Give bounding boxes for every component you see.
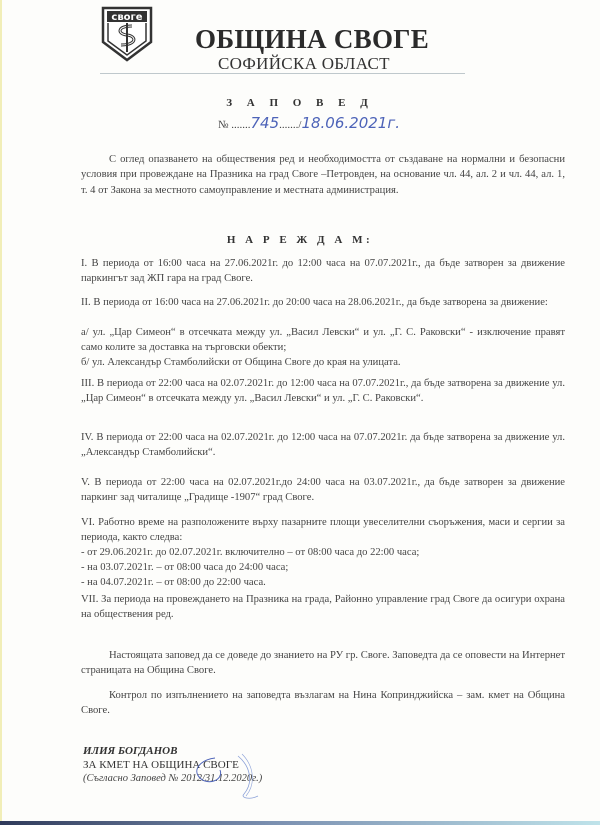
item-3: III. В периода от 22:00 часа на 02.07.20…: [81, 376, 565, 407]
item-7: VII. За периода на провеждането на Празн…: [81, 592, 565, 623]
scan-bottom-edge: [0, 821, 600, 825]
item-6-line-2: - на 03.07.2021г. – от 08:00 часа до 24:…: [81, 560, 565, 575]
closing-control: Контрол по изпълнението на заповедта въз…: [81, 688, 565, 719]
order-number: 745: [251, 114, 280, 132]
closing-notice: Настоящата заповед да се доведе до знани…: [81, 648, 565, 679]
scan-edge: [0, 0, 2, 825]
municipality-region: СОФИЙСКА ОБЛАСТ: [218, 54, 390, 74]
order-number-line: № .......745......./18.06.2021г.: [218, 114, 400, 132]
handwritten-signature-icon: [180, 752, 270, 802]
municipality-coat-of-arms-icon: свoге: [99, 6, 155, 62]
item-4: IV. В периода от 22:00 часа на 02.07.202…: [81, 430, 565, 461]
dotted-fill: .......: [231, 119, 250, 131]
header-divider: [100, 73, 465, 74]
item-6-line-1: - от 29.06.2021г. до 02.07.2021г. включи…: [81, 545, 565, 560]
intro-paragraph: С оглед опазването на обществения ред и …: [81, 152, 565, 198]
item-2b: б/ ул. Александър Стамболийски от Община…: [81, 355, 565, 370]
item-6-line-3: - на 04.07.2021г. – от 08:00 до 22:00 ча…: [81, 575, 565, 590]
item-5: V. В периода от 22:00 часа на 02.07.2021…: [81, 475, 565, 506]
item-2: II. В периода от 16:00 часа на 27.06.202…: [81, 295, 565, 310]
number-label: №: [218, 119, 229, 131]
dotted-fill: .......: [279, 119, 298, 131]
order-date: 18.06.2021г.: [301, 114, 400, 132]
municipality-title: ОБЩИНА СВОГЕ: [195, 24, 429, 55]
document-heading: З А П О В Е Д: [0, 97, 600, 109]
signatory-name: ИЛИЯ БОГДАНОВ: [83, 745, 177, 757]
decree-heading: Н А Р Е Ж Д А М:: [0, 234, 600, 246]
item-1: I. В периода от 16:00 часа на 27.06.2021…: [81, 256, 565, 287]
item-6: VI. Работно време на разположените върху…: [81, 515, 565, 546]
item-2a: а/ ул. „Цар Симеон“ в отсечката между ул…: [81, 325, 565, 356]
svg-text:свoге: свoге: [111, 12, 142, 23]
